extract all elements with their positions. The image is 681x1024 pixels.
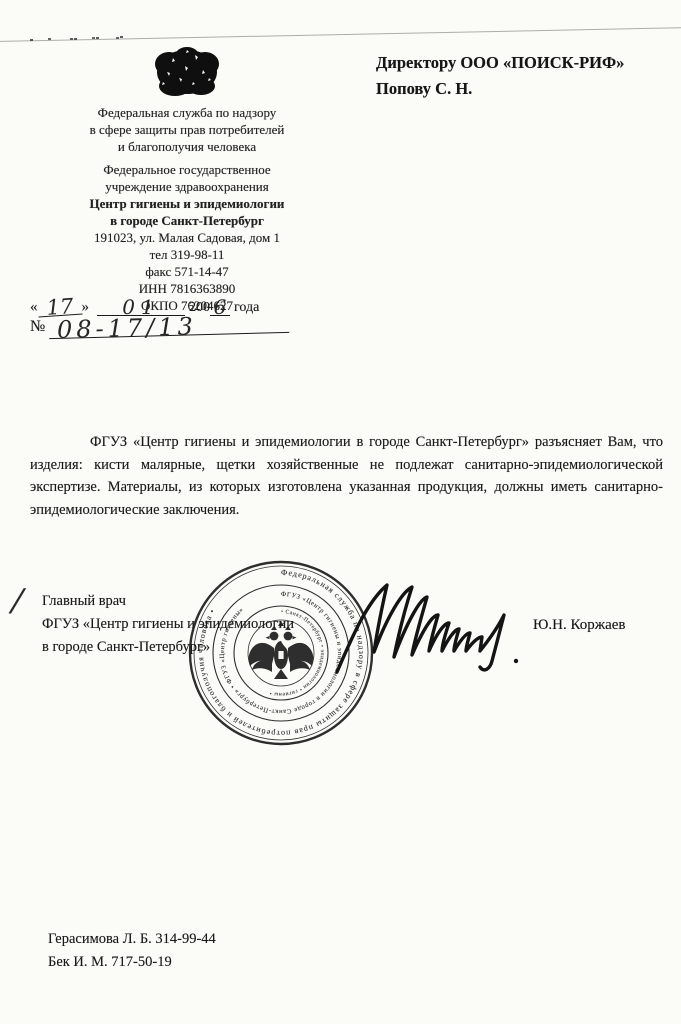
- contact-line: Бек И. М. 717-50-19: [48, 951, 216, 974]
- body-paragraph: ФГУЗ «Центр гигиены и эпидемиологии в го…: [30, 431, 663, 521]
- letterhead-agency-line: и благополучия человека: [28, 138, 346, 155]
- stamp-eagle-icon: [249, 621, 314, 679]
- footer-contacts: Герасимова Л. Б. 314-99-44 Бек И. М. 717…: [48, 928, 216, 974]
- letterhead-org-city: в городе Санкт-Петербург: [28, 212, 346, 229]
- addressee-title: Директору ООО «ПОИСК-РИФ»: [376, 50, 624, 76]
- coat-of-arms-icon: [145, 42, 229, 100]
- letterhead-org-line: Федеральное государственное: [28, 161, 346, 178]
- handwritten-reference-number: 08-17/13: [49, 316, 289, 339]
- number-label: №: [30, 318, 45, 335]
- scanned-letter-page: Федеральная служба по надзору в сфере за…: [0, 0, 681, 1024]
- addressee-name: Попову С. Н.: [376, 76, 624, 102]
- letterhead: Федеральная служба по надзору в сфере за…: [28, 42, 346, 314]
- letterhead-org-name: Центр гигиены и эпидемиологии: [28, 195, 346, 212]
- letterhead-fax: факс 571-14-47: [28, 263, 346, 280]
- contact-line: Герасимова Л. Б. 314-99-44: [48, 928, 216, 951]
- addressee-block: Директору ООО «ПОИСК-РИФ» Попову С. Н.: [376, 50, 624, 102]
- reference-number-line: №08-17/13: [30, 318, 289, 336]
- open-quote: «: [30, 299, 38, 315]
- scanner-artifact-line: [0, 27, 681, 42]
- letterhead-inn: ИНН 7816363890: [28, 280, 346, 297]
- letterhead-phone: тел 319-98-11: [28, 246, 346, 263]
- letterhead-address: 191023, ул. Малая Садовая, дом 1: [28, 229, 346, 246]
- signer-name: Ю.Н. Коржаев: [533, 617, 626, 634]
- scanner-artifact-specks: [30, 39, 33, 41]
- close-quote: »: [82, 299, 90, 315]
- handwritten-year-digit: 6: [210, 300, 230, 316]
- year-suffix: года: [234, 300, 259, 315]
- handwritten-slash-mark: /: [11, 581, 24, 620]
- letterhead-org-line: учреждение здравоохранения: [28, 178, 346, 195]
- handwritten-signature: [332, 577, 532, 697]
- letterhead-agency-line: Федеральная служба по надзору: [28, 104, 346, 121]
- letterhead-agency-line: в сфере защиты прав потребителей: [28, 121, 346, 138]
